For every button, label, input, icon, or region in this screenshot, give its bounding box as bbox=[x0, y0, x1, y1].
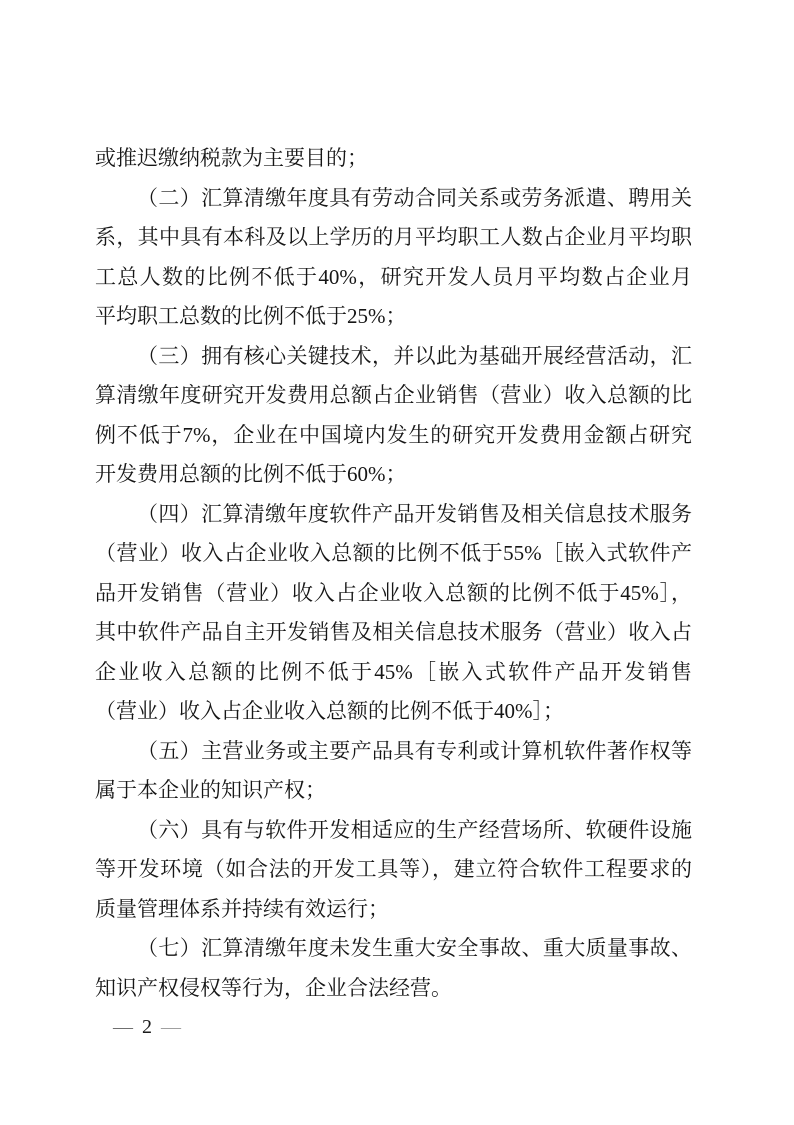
text-line: 其中软件产品自主开发销售及相关信息技术服务（营业）收入占 bbox=[95, 613, 692, 653]
text-line: 算清缴年度研究开发费用总额占企业销售（营业）收入总额的比 bbox=[95, 376, 692, 416]
text-line: 等开发环境（如合法的开发工具等），建立符合软件工程要求的 bbox=[95, 850, 692, 890]
text-line: 开发费用总额的比例不低于60%； bbox=[95, 455, 692, 495]
text-line: 例不低于7%，企业在中国境内发生的研究开发费用金额占研究 bbox=[95, 416, 692, 456]
text-line: 或推迟缴纳税款为主要目的； bbox=[95, 139, 692, 179]
text-line: （营业）收入占企业收入总额的比例不低于40%］； bbox=[95, 692, 692, 732]
page-number-dash-right: — bbox=[161, 1016, 181, 1038]
text-line: 属于本企业的知识产权； bbox=[95, 771, 692, 811]
text-line: 质量管理体系并持续有效运行； bbox=[95, 890, 692, 930]
text-line: （四）汇算清缴年度软件产品开发销售及相关信息技术服务 bbox=[95, 495, 692, 535]
page-number: —2— bbox=[113, 1014, 181, 1040]
text-line: 工总人数的比例不低于40%，研究开发人员月平均数占企业月 bbox=[95, 258, 692, 298]
text-line: 企业收入总额的比例不低于45%［嵌入式软件产品开发销售 bbox=[95, 653, 692, 693]
text-line: 知识产权侵权等行为，企业合法经营。 bbox=[95, 969, 692, 1009]
text-line: （营业）收入占企业收入总额的比例不低于55%［嵌入式软件产 bbox=[95, 534, 692, 574]
page-number-value: 2 bbox=[142, 1016, 152, 1038]
text-line: （五）主营业务或主要产品具有专利或计算机软件著作权等 bbox=[95, 732, 692, 772]
text-line: 平均职工总数的比例不低于25%； bbox=[95, 297, 692, 337]
document-body: 或推迟缴纳税款为主要目的； （二）汇算清缴年度具有劳动合同关系或劳务派遣、聘用关… bbox=[95, 139, 692, 1008]
document-page: 或推迟缴纳税款为主要目的； （二）汇算清缴年度具有劳动合同关系或劳务派遣、聘用关… bbox=[0, 0, 794, 1125]
text-line: （三）拥有核心关键技术，并以此为基础开展经营活动，汇 bbox=[95, 337, 692, 377]
text-line: （六）具有与软件开发相适应的生产经营场所、软硬件设施 bbox=[95, 811, 692, 851]
page-number-dash-left: — bbox=[113, 1016, 133, 1038]
text-line: 品开发销售（营业）收入占企业收入总额的比例不低于45%］， bbox=[95, 574, 692, 614]
text-line: （二）汇算清缴年度具有劳动合同关系或劳务派遣、聘用关 bbox=[95, 179, 692, 219]
text-line: （七）汇算清缴年度未发生重大安全事故、重大质量事故、 bbox=[95, 929, 692, 969]
text-line: 系，其中具有本科及以上学历的月平均职工人数占企业月平均职 bbox=[95, 218, 692, 258]
